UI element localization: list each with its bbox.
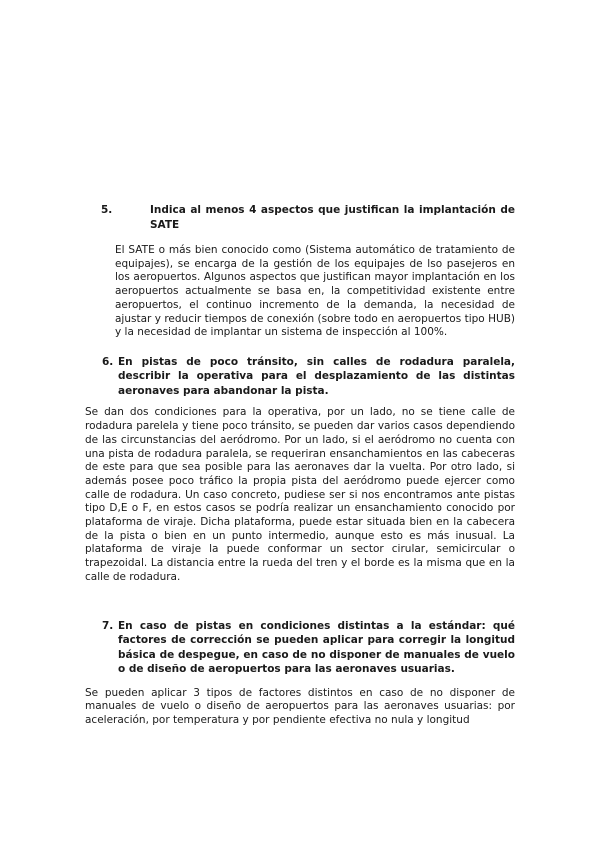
question-item-6: 6. En pistas de poco tránsito, sin calle… xyxy=(85,355,515,585)
question-heading-text-5: Indica al menos 4 aspectos que justifica… xyxy=(150,204,515,231)
question-heading-6: 6. En pistas de poco tránsito, sin calle… xyxy=(85,355,515,399)
question-heading-7: 7. En caso de pistas en condiciones dist… xyxy=(85,619,515,677)
question-heading-text-7: En caso de pistas en condiciones distint… xyxy=(118,620,515,676)
document-content: 5. Indica al menos 4 aspectos que justif… xyxy=(85,203,515,728)
answer-paragraph-6: Se dan dos condiciones para la operativa… xyxy=(85,406,515,584)
question-heading-5: 5. Indica al menos 4 aspectos que justif… xyxy=(85,203,515,232)
question-number-6: 6. xyxy=(102,355,113,370)
question-item-7: 7. En caso de pistas en condiciones dist… xyxy=(85,619,515,728)
question-number-5: 5. xyxy=(101,203,112,218)
question-item-5: 5. Indica al menos 4 aspectos que justif… xyxy=(85,203,515,340)
document-page: 5. Indica al menos 4 aspectos que justif… xyxy=(0,0,599,848)
answer-paragraph-7: Se pueden aplicar 3 tipos de factores di… xyxy=(85,687,515,728)
answer-paragraph-5: El SATE o más bien conocido como (Sistem… xyxy=(115,244,515,340)
question-heading-text-6: En pistas de poco tránsito, sin calles d… xyxy=(118,356,515,397)
question-number-7: 7. xyxy=(102,619,113,634)
